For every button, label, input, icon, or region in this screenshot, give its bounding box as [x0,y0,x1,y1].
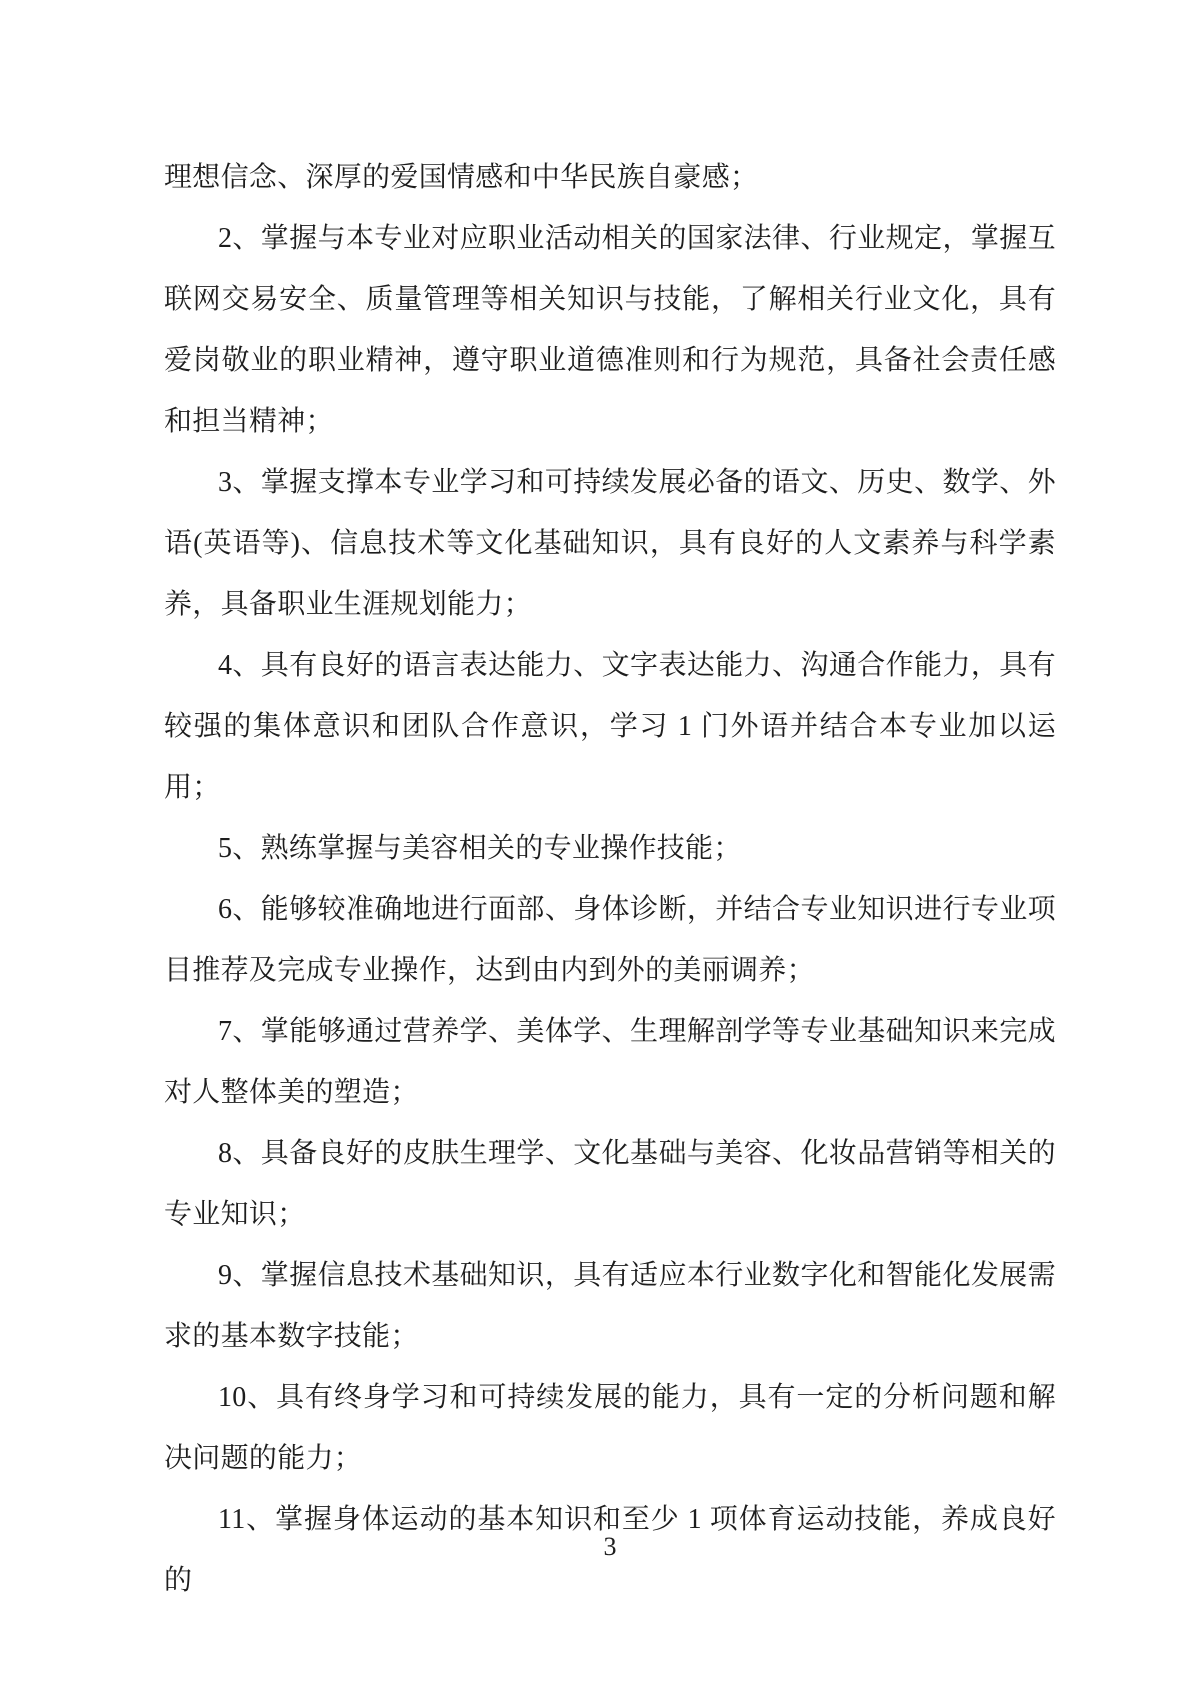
paragraph: 6、能够较准确地进行面部、身体诊断，并结合专业知识进行专业项目推荐及完成专业操作… [164,879,1056,1001]
paragraph: 7、掌能够通过营养学、美体学、生理解剖学等专业基础知识来完成对人整体美的塑造； [164,1001,1056,1123]
paragraph: 4、具有良好的语言表达能力、文字表达能力、沟通合作能力，具有较强的集体意识和团队… [164,635,1056,818]
paragraph: 8、具备良好的皮肤生理学、文化基础与美容、化妆品营销等相关的专业知识； [164,1123,1056,1245]
paragraph: 10、具有终身学习和可持续发展的能力，具有一定的分析问题和解决问题的能力； [164,1367,1056,1489]
document-body: 理想信念、深厚的爱国情感和中华民族自豪感；2、掌握与本专业对应职业活动相关的国家… [164,147,1056,1611]
paragraph: 3、掌握支撑本专业学习和可持续发展必备的语文、历史、数学、外语(英语等)、信息技… [164,452,1056,635]
paragraph: 理想信念、深厚的爱国情感和中华民族自豪感； [164,147,1056,208]
document-page: 理想信念、深厚的爱国情感和中华民族自豪感；2、掌握与本专业对应职业活动相关的国家… [0,0,1190,1683]
paragraph: 5、熟练掌握与美容相关的专业操作技能； [164,818,1056,879]
paragraph: 2、掌握与本专业对应职业活动相关的国家法律、行业规定，掌握互联网交易安全、质量管… [164,208,1056,452]
paragraph: 9、掌握信息技术基础知识，具有适应本行业数字化和智能化发展需求的基本数字技能； [164,1245,1056,1367]
page-number: 3 [164,1527,1056,1567]
